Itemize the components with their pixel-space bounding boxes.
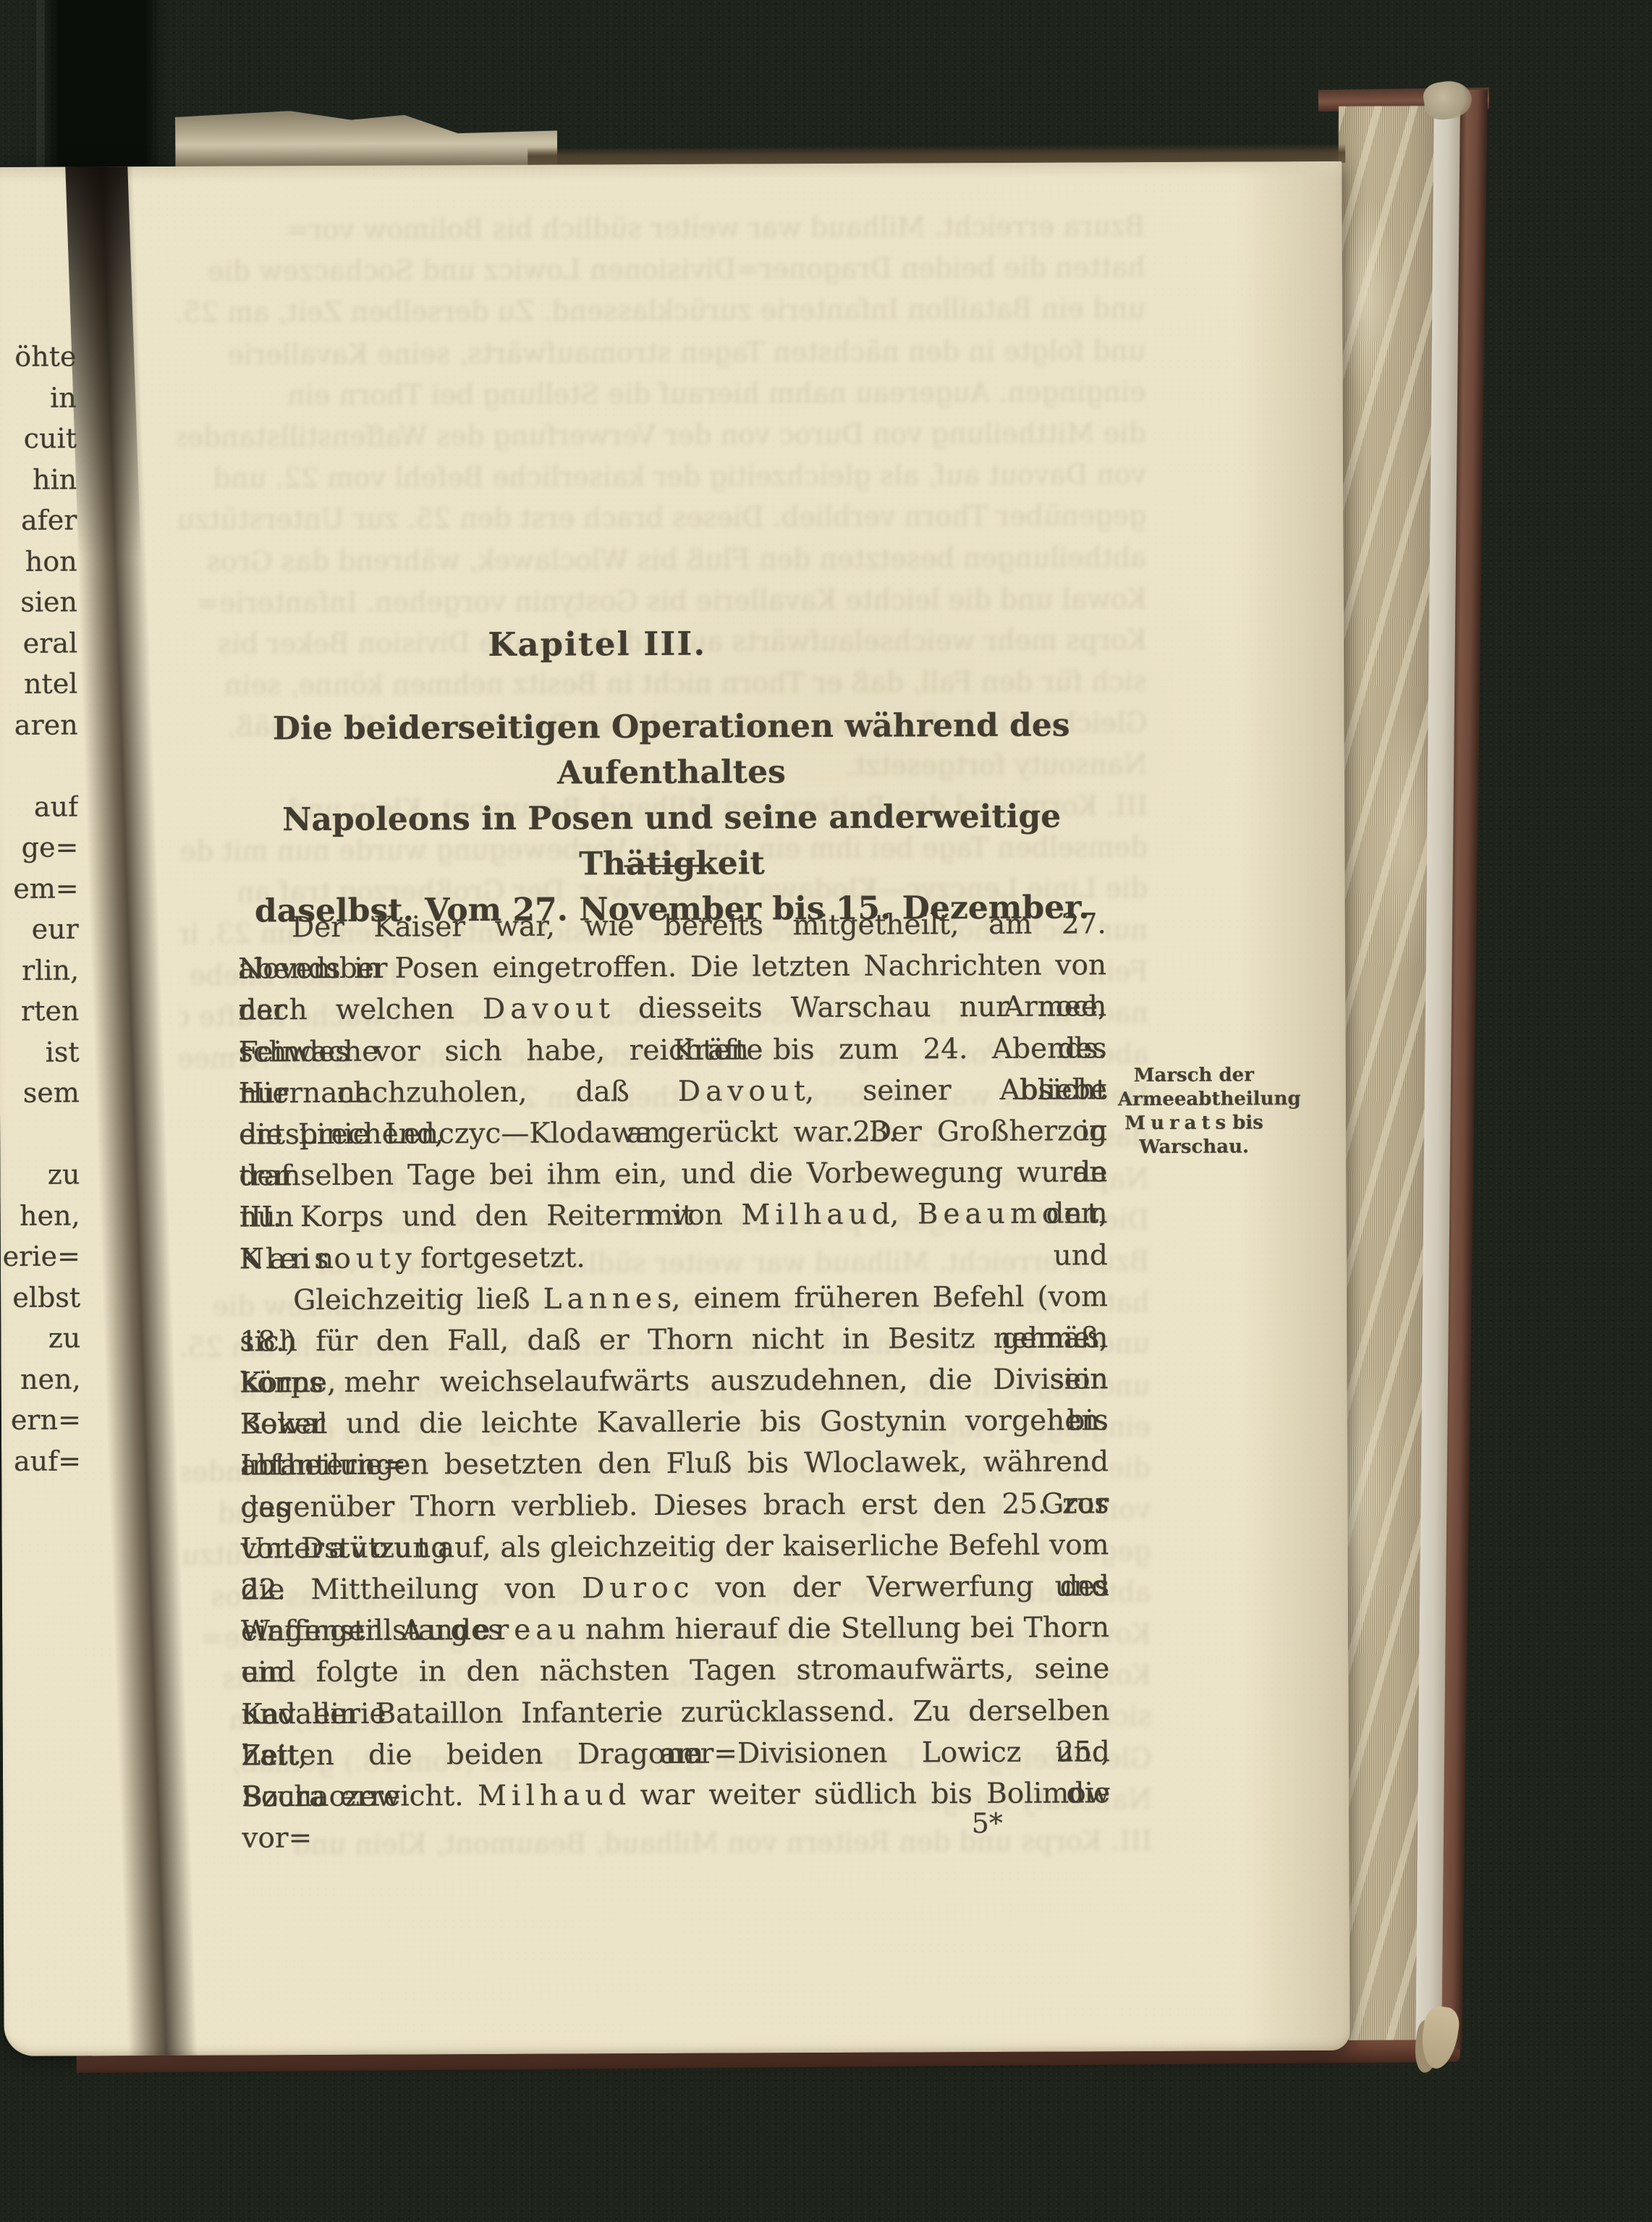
chapter-title: Die beiderseitigen Operationen während d… <box>237 702 1106 934</box>
text-line: und ein Bataillon Infanterie zurücklasse… <box>242 1690 1110 1735</box>
margin-note: Marsch derArmeeabtheilungMurats bisWarsc… <box>1118 1063 1271 1159</box>
cut-text-fragment: in <box>0 377 77 418</box>
text-line: demselben Tage bei ihm ein, und die Vorb… <box>239 1152 1107 1196</box>
margin-note-line: Warschau. <box>1118 1135 1270 1159</box>
text-line: nach welchen Davout diesseits Warschau n… <box>238 987 1106 1031</box>
cut-text-fragment: ge= <box>0 827 79 869</box>
torn-page-stub <box>175 110 557 169</box>
emphasized-name: Beaumont <box>918 1198 1104 1231</box>
cut-text-fragment: nen, <box>1 1359 80 1400</box>
cut-text-fragment: hon <box>0 541 77 582</box>
section-divider-rule <box>624 865 700 867</box>
cut-text-fragment: elbst <box>1 1277 80 1318</box>
text-line: Korps mehr weichselaufwärts auszudehnen,… <box>240 1359 1109 1403</box>
cut-text-fragment: zu <box>1 1317 80 1359</box>
cut-text-fragment: öhte <box>0 337 77 378</box>
cut-text-fragment: sem <box>0 1073 80 1114</box>
text-line: Feindes vor sich habe, reichten bis zum … <box>239 1028 1107 1073</box>
cut-text-fragment: hin <box>0 459 77 500</box>
cut-text-fragment: zu <box>0 1154 80 1196</box>
emphasized-name: Nansouty <box>240 1242 417 1275</box>
cut-text-fragment: auf <box>0 786 78 827</box>
signature-mark: 5* <box>944 1807 1030 1840</box>
cut-text-fragment: ist <box>0 1031 80 1073</box>
margin-note-line: Murats bis <box>1118 1111 1270 1136</box>
text-line: Gleichzeitig ließ Lannes, einem früheren… <box>240 1276 1108 1321</box>
cut-text-fragment: cuit <box>0 418 77 460</box>
chapter-title-line: Die beiderseitigen Operationen während d… <box>237 702 1106 797</box>
cut-text-fragment <box>0 1113 80 1154</box>
body-text: Der Kaiser war, wie bereits mitgetheilt,… <box>238 903 1110 1817</box>
emphasized-name: Lannes <box>543 1283 677 1316</box>
text-line: die Mittheilung von Duroc von der Verwer… <box>241 1566 1109 1610</box>
emphasized-name: Milhaud <box>478 1779 632 1812</box>
cut-text-fragment: rten <box>0 991 80 1032</box>
text-line: von Davout auf, als gleichzeitig der kai… <box>241 1524 1109 1569</box>
cut-text-fragment: em= <box>0 868 79 909</box>
cut-text-fragment: eur <box>0 909 79 950</box>
cut-text-fragment <box>0 745 78 787</box>
cut-text-fragment: hen, <box>0 1195 80 1236</box>
text-line: Kowal und die leichte Kavallerie bis Gos… <box>240 1401 1109 1445</box>
text-line: gegenüber Thorn verblieb. Dieses brach e… <box>240 1483 1109 1528</box>
emphasized-name: Duroc <box>582 1572 695 1605</box>
emphasized-name: Davout <box>301 1532 433 1565</box>
text-line: und folgte in den nächsten Tagen stromau… <box>241 1649 1109 1694</box>
facing-page-text-edge: öhteincuithinaferhonsieneralntelarenaufg… <box>0 336 84 1481</box>
emphasized-name: Davout <box>483 993 615 1026</box>
margin-note-line: Armeeabtheilung <box>1118 1087 1270 1112</box>
chapter-title-line: Napoleons in Posen und seine anderweitig… <box>237 793 1106 888</box>
emphasized-name: Murats <box>1124 1112 1231 1135</box>
text-line: abends in Posen eingetroffen. Die letzte… <box>238 945 1106 989</box>
text-line: hatten die beiden Dragoner=Divisionen Lo… <box>242 1731 1110 1776</box>
emphasized-name: Davout <box>678 1075 810 1108</box>
text-line: die Linie Lenczyc—Klodawa gerückt war. D… <box>239 1110 1107 1155</box>
cut-text-fragment: erie= <box>1 1235 80 1277</box>
text-line: nur nachzuholen, daß Davout, seiner Absi… <box>239 1069 1107 1114</box>
text-line: Der Kaiser war, wie bereits mitgetheilt,… <box>238 903 1106 948</box>
cut-text-fragment: aren <box>0 704 78 745</box>
open-page-sheet: Bzura erreicht. Milhaud war weiter südli… <box>0 161 1350 2056</box>
cut-text-fragment: ern= <box>1 1399 81 1440</box>
chapter-heading: Kapitel III. <box>163 623 1031 665</box>
text-line: sich für den Fall, daß er Thorn nicht in… <box>240 1317 1108 1362</box>
cut-text-fragment: eral <box>0 622 77 664</box>
page-content: Kapitel III. Die beiderseitigen Operatio… <box>0 161 1350 2056</box>
margin-note-line: Marsch der <box>1118 1063 1270 1088</box>
emphasized-name: Milhaud <box>741 1199 895 1232</box>
cut-text-fragment: ntel <box>0 664 78 705</box>
book-scan-photo: Bzura erreicht. Milhaud war weiter südli… <box>0 0 1652 2222</box>
text-line: III. Korps und den Reitern von Milhaud, … <box>240 1194 1108 1238</box>
text-line: eingingen. Augereau nahm hierauf die Ste… <box>241 1607 1109 1652</box>
cut-text-fragment: afer <box>0 500 77 541</box>
open-book: Bzura erreicht. Milhaud war weiter südli… <box>0 0 1652 2222</box>
cut-text-fragment: auf= <box>1 1440 81 1482</box>
cut-text-fragment: rlin, <box>0 950 79 991</box>
text-line: abtheilungen besetzten den Fluß bis Wloc… <box>240 1442 1109 1487</box>
cut-text-fragment: sien <box>0 582 77 623</box>
emphasized-name: Augereau <box>402 1614 581 1647</box>
